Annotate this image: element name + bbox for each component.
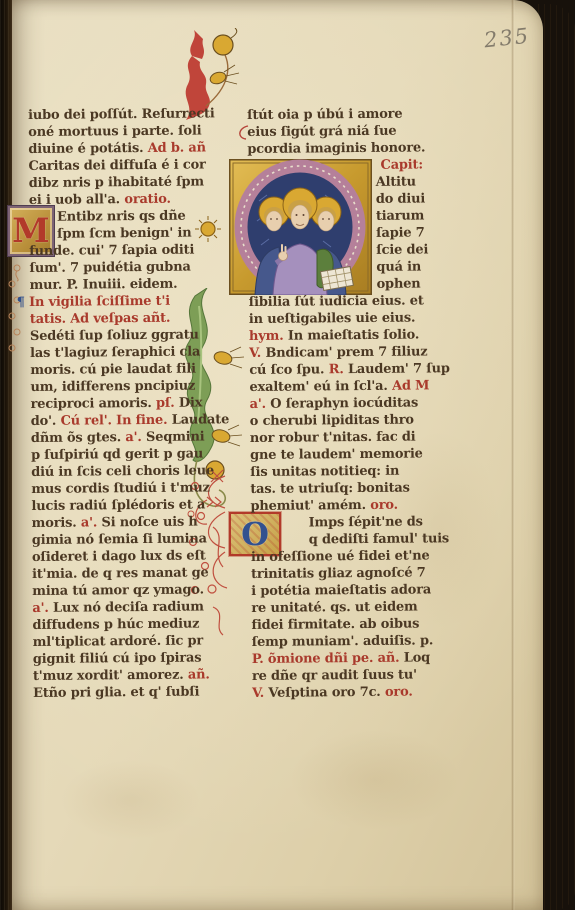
text-segment: V. [249,346,265,361]
text-line: quá in [376,258,464,276]
text-segment: R. [329,362,348,377]
text-line: ſtút oia p úbú i amore [247,105,463,124]
text-line: mur. P. Inuiii. eidem. [29,275,211,294]
text-segment: pſ. [156,396,179,411]
text-segment: Caritas dei diffuſa é i cor [28,157,205,174]
text-segment: Altitu [376,175,416,190]
text-segment: mus cordis ſtudiú i t'muz [31,480,210,497]
text-line: Sedéti ſup ſoliuz ggratu [30,326,212,345]
text-line: ſibilia ſút iudicia eius. et [249,292,465,311]
text-segment: Seqmini [146,429,205,445]
text-segment: eius ſigút grá niá ſue [247,124,396,140]
text-line: it'mia. de q res manat ge [32,564,214,583]
text-segment: ¶ [17,295,30,310]
text-segment: iubo dei poſſút. Reſurrecti [28,106,215,123]
text-line: eius ſigút grá niá ſue [247,122,463,141]
text-line: do'. Cú rel'. In fine. Laudate [31,411,213,430]
text-line: diuine é potátis. Ad b. añ [28,139,210,158]
text-segment: Bndicam' prem 7 filiuz [265,344,427,360]
text-line: hym. In maieſtatis ſolio. [249,326,465,345]
text-line: dñm õs gtes. a'. Seqmini [31,428,213,447]
text-segment: lucis radiú ſplédoris et a [31,497,205,514]
text-line: p ſuſpiriú qd gerit p gau [31,445,213,464]
text-line: gimia nó ſemia ſi lumina [32,530,214,549]
text-line: q dediſti famul' tuis [309,530,467,548]
text-segment: gignit filiú cú ipo ſpiras [33,651,202,667]
text-segment: Loq [404,650,430,665]
text-segment: gne te laudem' memorie [250,446,423,463]
text-segment: do diui [376,191,425,206]
text-line: ſcie dei [376,241,464,259]
text-segment: ſtút oia p úbú i amore [247,107,402,123]
text-segment: Ad M [392,378,429,393]
text-segment: t'muz xordit' amorez. [33,668,188,684]
text-segment: o cherubi lipiditas thro [250,413,414,429]
text-line: in ueſtigabiles uie eius. [249,309,465,328]
text-segment: ſapie 7 [376,225,425,240]
text-segment: Laudate [172,412,230,428]
text-segment: Dix [179,395,203,410]
text-segment: nor robur t'nitas. fac di [250,430,416,446]
text-line: gignit filiú cú ipo ſpiras [33,649,215,668]
text-segment: tas. te utriuſq: bonitas [250,481,410,497]
text-segment: Cú rel'. In fine. [60,413,171,429]
text-line: P. õmione dñi pe. añ. Loq [252,649,468,668]
text-segment: reciproci amoris. [31,396,157,412]
gold-bezant [213,35,233,55]
text-line: iubo dei poſſút. Reſurrecti [28,105,210,124]
text-line: ſum'. 7 puidétia gubna [29,258,211,277]
text-segment: V. [252,686,268,701]
text-line: Etño pri glia. et q' ſubſi [33,683,215,702]
text-line: funde. cui' 7 ſapia oditi [29,241,211,260]
text-segment: O ſeraphyn iocúditas [270,396,418,412]
text-segment: oro. [370,498,398,513]
text-line: pcordia imaginis honore. [247,139,463,158]
folio-number: 235 [483,24,531,53]
text-segment: ml'tiplicat ardoré. ſic pr [33,633,203,649]
text-segment: a'. [125,430,146,445]
text-line: cú ſco ſpu. R. Laudem' 7 ſup [249,360,465,379]
text-line: dibz nris p ihabitaté ſpm [29,173,211,192]
text-segment: in ofeſſione ué fidei et'ne [251,548,430,565]
text-segment: ſum'. 7 puidétia gubna [29,260,190,276]
text-line: moris. a'. Si noſce uis h [32,513,214,532]
text-segment: In maieſtatis ſolio. [288,328,420,344]
text-line: exaltem' eú in ſcl'a. Ad M [249,377,465,396]
text-line: diú in ſcis celi choris leue [31,462,213,481]
text-segment: fidei firmitate. ab oibus [251,617,419,633]
text-segment: P. õmione dñi pe. añ. [252,651,404,667]
text-segment: ſibilia ſút iudicia eius. et [249,293,424,310]
text-line: Caritas dei diffuſa é i cor [28,156,210,175]
text-segment: Laudem' 7 ſup [348,361,450,377]
text-segment: oro. [385,685,413,700]
text-line: re unitaté. qs. ut eidem [251,598,467,617]
text-line: nor robur t'nitas. fac di [250,428,466,447]
text-line: oné mortuus i parte. ſoli [28,122,210,141]
text-line: ophen [376,275,464,293]
right-column: ſtút oia p úbú i amoreeius ſigút grá niá… [247,105,468,702]
text-segment: funde. cui' 7 ſapia oditi [29,243,194,259]
text-segment: pcordia imaginis honore. [247,140,425,157]
text-line: reciproci amoris. pſ. Dix [31,394,213,413]
text-line: t'muz xordit' amorez. añ. [33,666,215,685]
gold-bud [213,350,233,366]
text-line: um, idifferens pncipiuz [30,377,212,396]
text-line: o cherubi lipiditas thro [250,411,466,430]
text-line: re dñe qr audit ſuus tu' [252,666,468,685]
text-segment: dñm õs gtes. [31,430,126,446]
text-line: a'. Lux nó deciſa radium [32,598,214,617]
text-segment: ſis unitas notitieq: in [250,464,399,480]
text-segment: Veſptina oro 7c. [268,685,385,701]
text-segment: a'. [81,515,102,530]
text-line: las t'lagiuz ſeraphici cla [30,343,212,362]
text-segment: i potétia maieſtatis adora [251,582,431,599]
text-segment: dibz nris p ihabitaté ſpm [29,174,204,191]
text-line: mina tú amor qz ymago. [32,581,214,600]
text-segment: mur. P. Inuiii. eidem. [29,277,177,293]
text-line: tiarum [376,207,464,225]
text-segment: moris. [32,516,81,531]
text-segment: um, idifferens pncipiuz [30,379,195,395]
text-line: Capit: [380,156,463,174]
text-line: V. Bndicam' prem 7 filiuz [249,343,465,362]
text-segment: gimia nó ſemia ſi lumina [32,531,207,548]
text-segment: diú in ſcis celi choris leue [31,463,214,480]
text-line: V. Veſptina oro 7c. oro. [252,683,468,702]
text-line: diffudens p húc mediuz [32,615,214,634]
text-segment: oſideret i dago lux ds eſt [32,548,206,565]
text-line: ſemp muniam'. aduiſis. p. [252,632,468,651]
text-line: mus cordis ſtudiú i t'muz [31,479,213,498]
text-segment: cú ſco ſpu. [249,362,329,378]
manuscript-photo: 235 [0,0,575,910]
text-line: i potétia maieſtatis adora [251,581,467,600]
text-line: tas. te utriuſq: bonitas [250,479,466,498]
text-segment: ophen [376,276,420,291]
text-segment: ſemp muniam'. aduiſis. p. [252,633,434,650]
text-segment: quá in [376,259,421,274]
text-line: ¶ In vigilia ſciſſime t'i [17,292,212,311]
text-segment: exaltem' eú in ſcl'a. [249,379,392,395]
text-segment: ei i uob all'a. [29,192,125,208]
text-segment: In vigilia ſciſſime t'i [29,294,170,310]
text-line: do diui [376,190,464,208]
text-line: Entibz nris qs dñe [57,207,211,225]
text-line: a'. O ſeraphyn iocúditas [250,394,466,413]
text-segment: oratio. [124,192,171,207]
text-line: ſapie 7 [376,224,464,242]
text-line: gne te laudem' memorie [250,445,466,464]
text-segment: mina tú amor qz ymago. [32,582,204,598]
text-line: phemiut' amém. oro. [250,496,466,515]
text-segment: in ueſtigabiles uie eius. [249,311,416,327]
text-segment: a'. [250,397,271,412]
text-segment: Ad b. añ [148,140,206,156]
text-segment: do'. [31,414,61,429]
text-line: Imps ſépit'ne ds [309,513,467,531]
text-line: ſpm ſcm benign' in [57,224,211,242]
text-segment: oné mortuus i parte. ſoli [28,123,201,140]
text-segment: Entibz nris qs dñe [57,209,186,225]
text-segment: q dediſti famul' tuis [309,531,449,547]
text-segment: re unitaté. qs. ut eidem [251,600,417,616]
text-segment: tiarum [376,208,424,223]
text-segment: Capit: [380,157,423,172]
text-segment: Sedéti ſup ſoliuz ggratu [30,328,199,344]
text-line: ſis unitas notitieq: in [250,462,466,481]
text-line: Altitu [376,173,464,191]
text-line: moris. cú pie laudat fili [30,360,212,379]
text-segment: Si noſce uis h [101,515,197,531]
text-segment: moris. cú pie laudat fili [30,362,196,378]
text-segment: ſcie dei [376,242,428,257]
text-line: lucis radiú ſplédoris et a [31,496,213,515]
text-line: in ofeſſione ué fidei et'ne [251,547,467,566]
text-line: fidei firmitate. ab oibus [251,615,467,634]
text-segment: p ſuſpiriú qd gerit p gau [31,446,203,463]
text-line: ei i uob all'a. oratio. [29,190,211,209]
text-line: trinitatis gliaz agnoſcé 7 [251,564,467,583]
text-segment: Etño pri glia. et q' ſubſi [33,685,199,701]
text-line: tatis. Ad veſpas añt. [30,309,212,328]
text-segment: Lux nó deciſa radium [53,599,204,615]
text-segment: hym. [249,329,288,344]
page-edge-stack [538,4,575,910]
left-column: iubo dei poſſút. Reſurrectioné mortuus i… [28,105,215,702]
text-segment: diffudens p húc mediuz [32,617,199,633]
text-segment: ſpm ſcm benign' in [57,226,191,242]
text-line: oſideret i dago lux ds eſt [32,547,214,566]
text-segment: las t'lagiuz ſeraphici cla [30,345,200,361]
text-segment: Imps ſépit'ne ds [309,514,423,530]
text-segment: phemiut' amém. [250,498,370,514]
text-segment: tatis. Ad veſpas añt. [30,311,171,327]
text-segment: diuine é potátis. [28,141,148,157]
text-line: ml'tiplicat ardoré. ſic pr [33,632,215,651]
text-segment: añ. [188,667,210,682]
text-segment: it'mia. de q res manat ge [32,565,209,582]
text-segment: trinitatis gliaz agnoſcé 7 [251,565,426,582]
text-segment: a'. [32,601,53,616]
text-segment: re dñe qr audit ſuus tu' [252,668,417,684]
page-crease [511,0,515,910]
